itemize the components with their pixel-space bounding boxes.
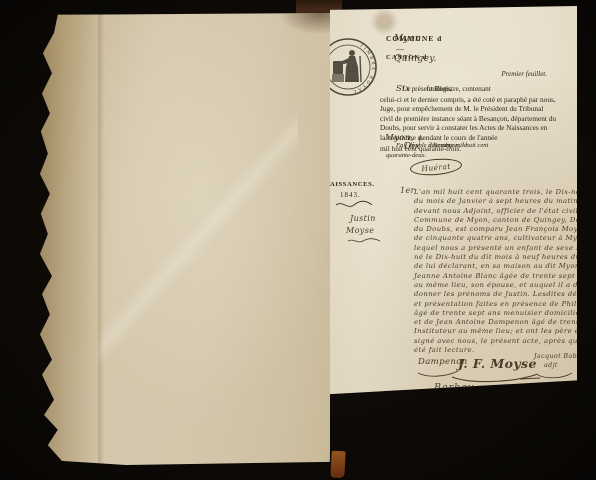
act-line: signé avec nous, le présent acte, après … [414, 337, 577, 346]
binding-tab [330, 451, 345, 479]
oval-signature-text: Huérat [421, 161, 451, 173]
scanned-register-spread: TIMBRE ROYAL COMMUNE dMyon. — CANTON dQu… [0, 0, 596, 480]
act-line: donner les prénoms de Justin. Lesdites d… [414, 290, 577, 299]
act-line: au même lieu, son épouse, et auquel il a… [414, 281, 577, 290]
oval-paraph-signature: Huérat [409, 157, 462, 177]
canton-row: CANTON dQuingey. [386, 54, 437, 64]
act-line: du mois de Janvier à sept heures du mati… [414, 197, 577, 206]
act-line: Commune de Myon, canton de Quingey, Dépa… [414, 216, 577, 225]
act-line: et de Jean Antoine Dampenon âgé de trent… [414, 318, 577, 327]
act-line: Instituteur au même lieu; et ont les pèr… [414, 327, 577, 336]
act-line: Jeanne Antoine Blanc âgée de trente sept… [414, 272, 577, 281]
declaration-line: Le présent Registre, contenantSixfeuille… [380, 84, 576, 95]
fait-clause-line2: quarante-deux. [386, 152, 426, 159]
signature-adjoint-title: adjt [544, 362, 558, 369]
act-number: 1er [400, 186, 415, 195]
act-line: du Doubs, est comparu Jean François Moys… [414, 225, 577, 234]
act-line: né le Dix-huit du dit mois à neuf heures… [414, 253, 577, 262]
act-line: L'an mil huit cent quarante trois, le Di… [414, 188, 577, 197]
margin-name-line1: Justin [350, 214, 376, 223]
canton-label: CANTON d [386, 54, 427, 61]
margin-heading: AISSANCES. [330, 181, 375, 188]
act-text: L'an mil huit cent quarante trois, le Di… [414, 188, 577, 355]
commune-dash: — [396, 44, 404, 53]
act-line: âgé de trente sept ans menuisier domicil… [414, 309, 577, 318]
declaration-line: Juge, pour empêchement de M. le Présiden… [380, 104, 576, 114]
act-line: lequel nous a présenté un enfant de sexe… [414, 244, 577, 253]
act-line: devant nous Adjoint, officier de l'état … [414, 207, 577, 216]
left-page-blank [38, 13, 330, 465]
act-line: et présentation faites en présence de Ph… [414, 300, 577, 309]
corner-smudge [278, 13, 338, 35]
folio-note: Premier feuillet. [501, 70, 547, 78]
signature-father: J. F. Moyse [458, 356, 537, 371]
signature-adjoint: Jacquot Babey [534, 353, 585, 360]
right-page: TIMBRE ROYAL COMMUNE dMyon. — CANTON dQu… [330, 6, 577, 398]
margin-flourish-icon [334, 201, 374, 209]
act-line: de lui déclarant, en sa maison au dit My… [414, 262, 577, 271]
declaration-line: civil de première instance séant à Besan… [380, 114, 576, 124]
signature-right-flourish-icon [536, 370, 574, 380]
commune-label: COMMUNE d [386, 34, 442, 43]
declaration-line: Doubs, pour servir à constater les Actes… [380, 123, 576, 133]
margin-name-flourish-icon [346, 238, 382, 245]
margin-year: 1843. [340, 191, 361, 199]
act-line: de cinquante quatre ans, cultivateur à M… [414, 234, 577, 243]
fait-clause: Fait double à Besançon, leDixdécembre mi… [396, 142, 428, 152]
margin-name-line2: Moyse [346, 226, 374, 235]
declaration-line: celui-ci et le dernier compris, a été co… [380, 95, 576, 105]
signature-witness-bottom: Barbey [434, 382, 474, 393]
commune-row: COMMUNE dMyon. [386, 34, 424, 44]
